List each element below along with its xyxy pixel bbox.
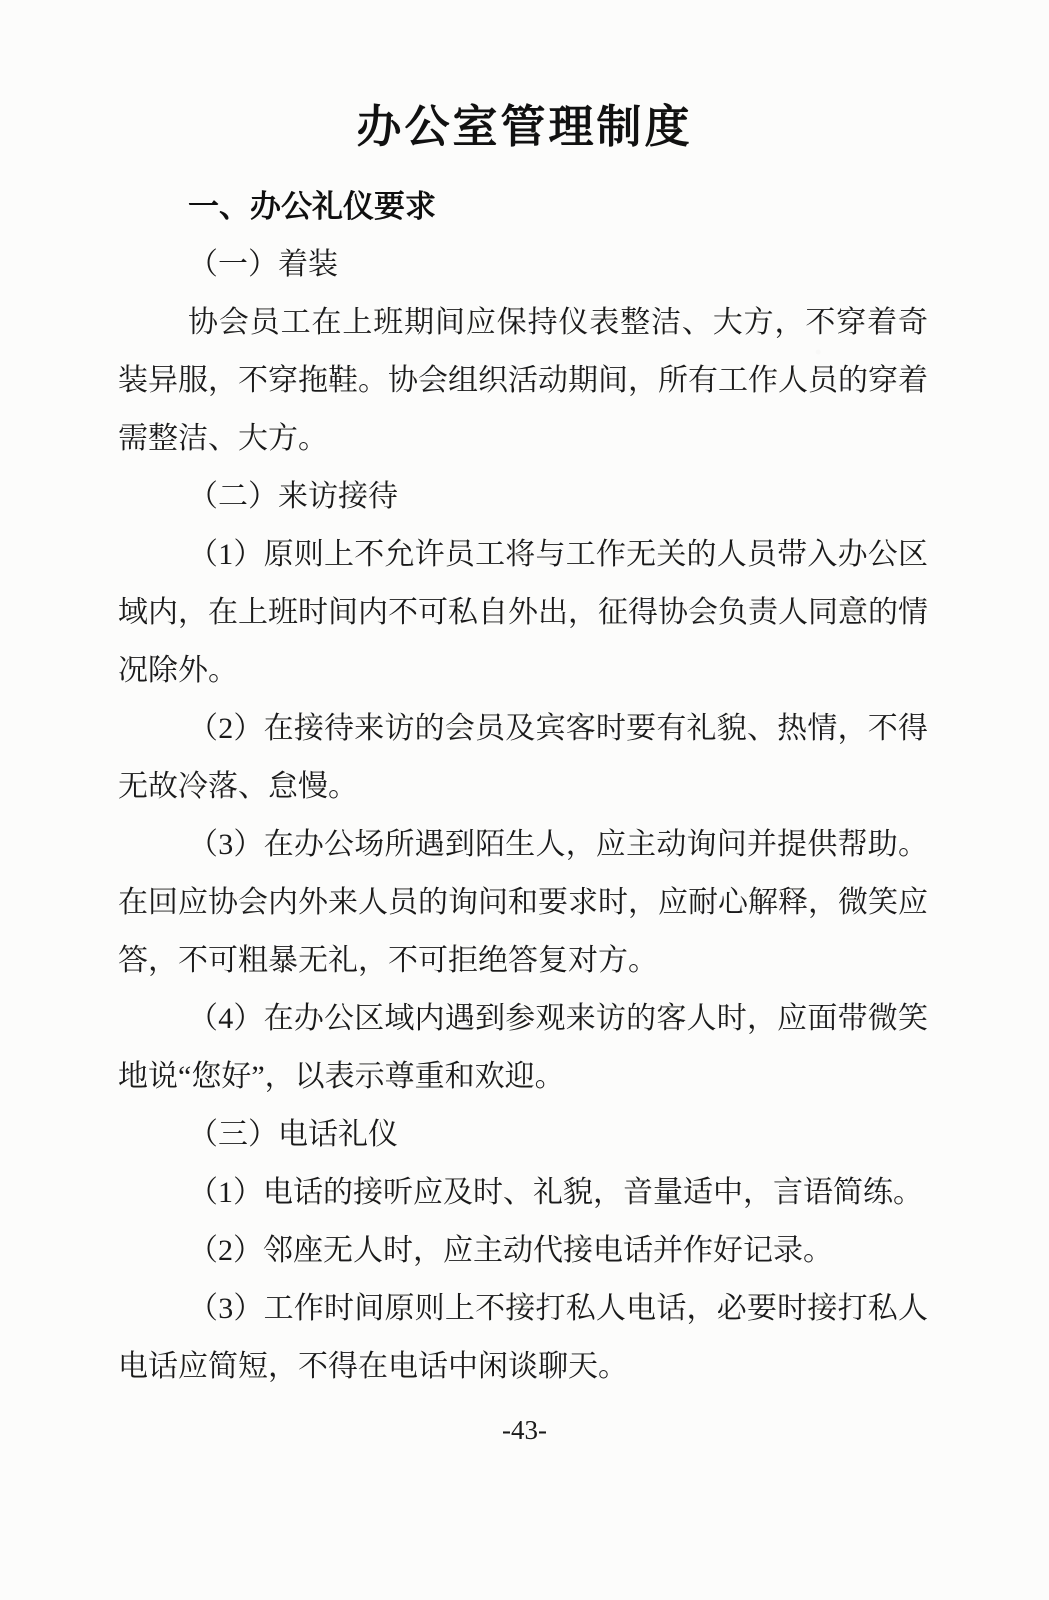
paragraph-visitor-rule-2: （2）在接待来访的会员及宾客时要有礼貌、热情，不得无故冷落、怠慢。	[118, 700, 928, 816]
paragraph-phone-rule-1: （1）电话的接听应及时、礼貌，音量适中，言语简练。	[118, 1164, 928, 1222]
paragraph-phone-rule-3: （3）工作时间原则上不接打私人电话，必要时接打私人电话应简短，不得在电话中闲谈聊…	[118, 1280, 928, 1396]
section-heading-office-etiquette: 一、办公礼仪要求	[118, 178, 928, 236]
document-page: 办公室管理制度 一、办公礼仪要求 （一）着装 协会员工在上班期间应保持仪表整洁、…	[0, 0, 1049, 1600]
paragraph-phone-rule-2: （2）邻座无人时，应主动代接电话并作好记录。	[118, 1222, 928, 1280]
subheading-phone-etiquette: （三）电话礼仪	[118, 1106, 928, 1164]
doc-body: 一、办公礼仪要求 （一）着装 协会员工在上班期间应保持仪表整洁、大方，不穿着奇装…	[118, 178, 928, 1396]
subheading-dress-code: （一）着装	[118, 236, 928, 294]
paragraph-dress-code-body: 协会员工在上班期间应保持仪表整洁、大方，不穿着奇装异服，不穿拖鞋。协会组织活动期…	[118, 294, 928, 468]
doc-title: 办公室管理制度	[0, 98, 1049, 156]
page-number: -43-	[0, 1410, 1049, 1450]
subheading-visitor-reception: （二）来访接待	[118, 468, 928, 526]
paragraph-visitor-rule-4: （4）在办公区域内遇到参观来访的客人时，应面带微笑地说“您好”，以表示尊重和欢迎…	[118, 990, 928, 1106]
paragraph-visitor-rule-1: （1）原则上不允许员工将与工作无关的人员带入办公区域内，在上班时间内不可私自外出…	[118, 526, 928, 700]
paragraph-visitor-rule-3: （3）在办公场所遇到陌生人，应主动询问并提供帮助。在回应协会内外来人员的询问和要…	[118, 816, 928, 990]
